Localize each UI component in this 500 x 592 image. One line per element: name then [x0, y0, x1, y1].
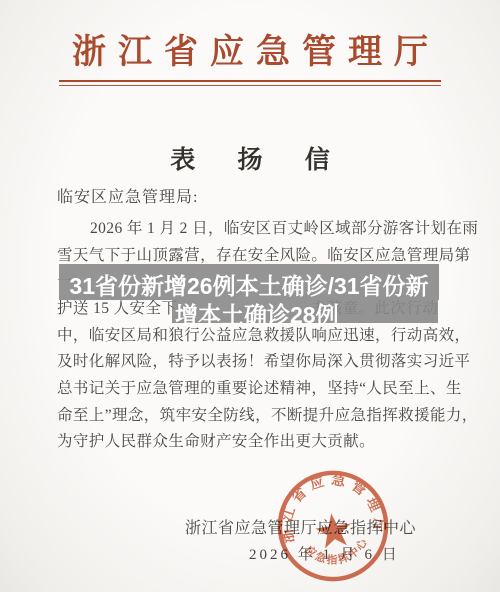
- body-line: 及时化解风险，特予以表扬！希望你局深入贯彻落实习近平: [57, 349, 438, 371]
- letterhead-org-title: 浙江省应急管理厅: [0, 24, 500, 73]
- official-seal: 浙江省应急管理厅 应急指挥中心: [266, 459, 399, 592]
- body-line: 总书记关于应急管理的重要论述精神，坚持“人民至上、生: [57, 376, 438, 398]
- body-line: 命至上”理念，筑牢安全防线，不断提升应急指挥救援能力，: [57, 403, 438, 425]
- commendation-letter-page: 浙江省应急管理厅 表 扬 信 临安区应急管理局: 2026 年 1 月 2 日，…: [0, 0, 500, 592]
- letter-title: 表 扬 信: [0, 140, 500, 176]
- letter-salutation: 临安区应急管理局:: [57, 184, 198, 207]
- body-line-fragment-left: 护送 15 人安全下: [57, 300, 177, 317]
- letterhead-double-rule: [59, 80, 441, 86]
- subtitle-text-line2: 增本土确诊28例: [175, 297, 339, 330]
- body-line: 雪天气下于山顶露营，存在安全风险。临安区应急管理局第: [57, 243, 438, 265]
- body-line: 2026 年 1 月 2 日，临安区百丈岭区域部分游客计划在雨: [57, 216, 438, 238]
- body-line: 为守护人民群众生命财产安全作出更大贡献。: [57, 429, 438, 451]
- seal-star-icon: [314, 511, 354, 549]
